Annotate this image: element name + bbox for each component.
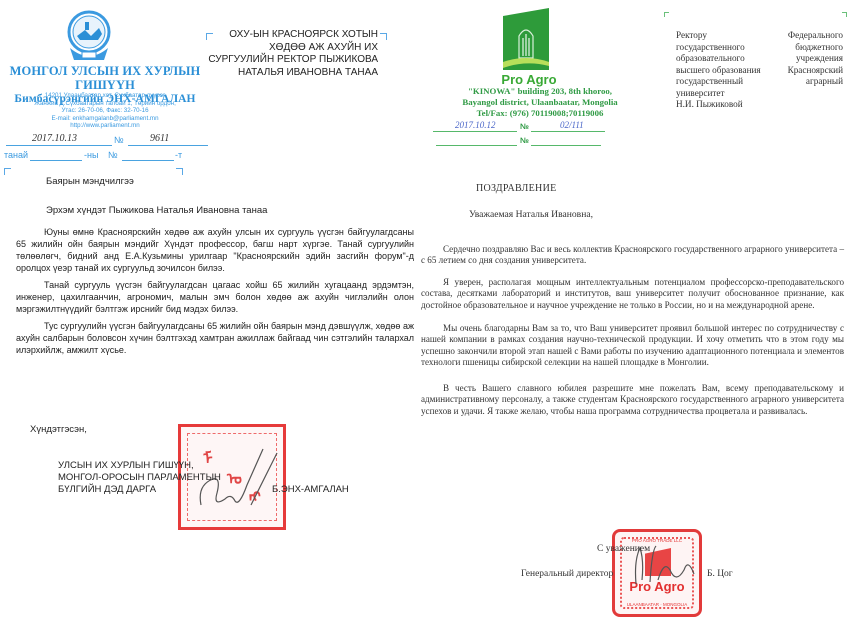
ref-date-line — [433, 131, 517, 132]
org-title: МОНГОЛ УЛСЫН ИХ ХУРЛЫН ГИШҮҮН — [0, 64, 210, 92]
corner-mark — [176, 168, 183, 175]
paragraph-text: Тус сургуулийн үүсгэн байгуулагдсаны 65 … — [16, 320, 414, 356]
phone-line: Tel/Fax: (976) 70119008;70119006 — [420, 108, 660, 119]
addressee-block: ОХУ-ЫН КРАСНОЯРСК ХОТЫН ХӨДӨӨ АЖ АХУЙН И… — [208, 29, 378, 79]
letter-subject: Баярын мэндчилгээ — [46, 176, 134, 187]
signatory-title: УЛСЫН ИХ ХУРЛЫН ГИШҮҮН, МОНГОЛ-ОРОСЫН ПА… — [58, 460, 221, 496]
closing: С уважением — [597, 544, 650, 554]
letter-paragraph: Сердечно поздравляю Вас и весь коллектив… — [421, 244, 844, 267]
letter-paragraph: Тус сургуулийн үүсгэн байгуулагдсаны 65 … — [16, 320, 414, 356]
your-ref-mid: -ны — [84, 150, 98, 160]
ref-number: 9611 — [150, 133, 169, 144]
title-line: МОНГОЛ-ОРОСЫН ПАРЛАМЕНТЫН — [58, 472, 221, 484]
ref-date: 2017.10.13 — [32, 133, 77, 144]
letterhead-address: "KINOWA" building 203, 8th khoroo, Bayan… — [420, 86, 660, 119]
addressee-line: высшего образованияКрасноярский — [676, 65, 843, 77]
ref-number-line — [128, 145, 208, 146]
title-line: БҮЛГИЙН ДЭД ДАРГА — [58, 484, 221, 496]
title-line: УЛСЫН ИХ ХУРЛЫН ГИШҮҮН, — [58, 460, 221, 472]
addressee-line: СУРГУУЛИЙН РЕКТОР ПЫЖИКОВА — [208, 54, 378, 67]
your-ref-prefix: танай — [4, 150, 28, 160]
signatory-name: Б. Цог — [707, 569, 733, 579]
address-line: Bayangol district, Ulaanbaatar, Mongolia — [420, 97, 660, 108]
your-ref-number-line — [122, 160, 174, 161]
addressee-line: государственногобюджетного — [676, 42, 843, 54]
ref-number-line — [531, 131, 605, 132]
closing: Хүндэтгэсэн, — [30, 424, 87, 435]
ref-date-line — [6, 145, 112, 146]
letter-title: ПОЗДРАВЛЕНИЕ — [476, 183, 557, 194]
signatory-title: Генеральный директор — [521, 569, 613, 579]
website-line: http://www.parliament.mn — [0, 122, 210, 130]
corner-mark — [664, 12, 669, 17]
paragraph-text: Сердечно поздравляю Вас и весь коллектив… — [421, 244, 844, 267]
addressee-block: РекторуФедерального государственногобюдж… — [676, 30, 843, 111]
addressee-line: образовательногоучреждения — [676, 53, 843, 65]
paragraph-text: Я уверен, располагая мощным интеллектуал… — [421, 277, 844, 311]
addressee-line: университет — [676, 88, 843, 100]
ref-number: 02/111 — [560, 120, 584, 130]
addressee-line: НАТАЛЬЯ ИВАНОВНА ТАНАА — [208, 67, 378, 80]
pro-agro-logo-icon — [503, 8, 549, 70]
ref2-number-line — [531, 145, 601, 146]
letter-paragraph: Танай сургууль үүсгэн байгуулагдсан цага… — [16, 279, 414, 315]
your-ref-no: № — [108, 150, 118, 160]
address-line: Жанжин Д.Сүхбаатарын талбай 1, Төрийн ор… — [0, 100, 210, 108]
ref-no-label: № — [114, 135, 124, 145]
addressee-line: ОХУ-ЫН КРАСНОЯРСК ХОТЫН — [208, 29, 378, 42]
letter-paragraph: Я уверен, располагая мощным интеллектуал… — [421, 277, 844, 311]
your-ref-suffix: -т — [175, 150, 182, 160]
paragraph-text: Мы очень благодарны Вам за то, что Ваш у… — [421, 323, 844, 369]
salutation: Уважаемая Наталья Ивановна, — [469, 209, 593, 220]
your-ref-date-line — [30, 160, 82, 161]
letter-paragraph: В честь Вашего славного юбилея разрешите… — [421, 383, 844, 417]
letterhead-address: 14201 Улаанбаатар хот, Сүхбаатар дүүрэг … — [0, 92, 210, 130]
ref-no-label: № — [520, 122, 529, 131]
state-emblem-icon — [58, 8, 120, 66]
salutation: Эрхэм хүндэт Пыжикова Наталья Ивановна т… — [46, 205, 267, 216]
paragraph-text: В честь Вашего славного юбилея разрешите… — [421, 383, 844, 417]
addressee-line: государственныйаграрный — [676, 76, 843, 88]
paragraph-text: Танай сургууль үүсгэн байгуулагдсан цага… — [16, 279, 414, 315]
brand-name: Pro Agro — [489, 72, 569, 87]
ref2-no-label: № — [520, 136, 529, 145]
paragraph-text: Юуны өмнө Красноярскийн хөдөө аж ахуйн у… — [16, 226, 414, 274]
addressee-line: РекторуФедерального — [676, 30, 843, 42]
ref2-date-line — [436, 145, 517, 146]
letter-paragraph: Мы очень благодарны Вам за то, что Ваш у… — [421, 323, 844, 369]
signatory-name: Б.ЭНХ-АМГАЛАН — [272, 484, 349, 495]
phone-line: Утас: 26-70-06, Факс: 32-70-16 — [0, 107, 210, 115]
letter-paragraph: Юуны өмнө Красноярскийн хөдөө аж ахуйн у… — [16, 226, 414, 274]
address-line: 14201 Улаанбаатар хот, Сүхбаатар дүүрэг — [0, 92, 210, 100]
addressee-line: Н.И. Пыжиковой — [676, 99, 843, 111]
address-line: "KINOWA" building 203, 8th khoroo, — [420, 86, 660, 97]
addressee-line: ХӨДӨӨ АЖ АХУЙН ИХ — [208, 42, 378, 55]
corner-mark — [842, 12, 847, 17]
email-line: E-mail: enkhamgalanb@parliament.mn — [0, 115, 210, 123]
ref-date: 2017.10.12 — [455, 120, 496, 130]
corner-mark — [380, 33, 387, 40]
corner-mark — [4, 168, 11, 175]
